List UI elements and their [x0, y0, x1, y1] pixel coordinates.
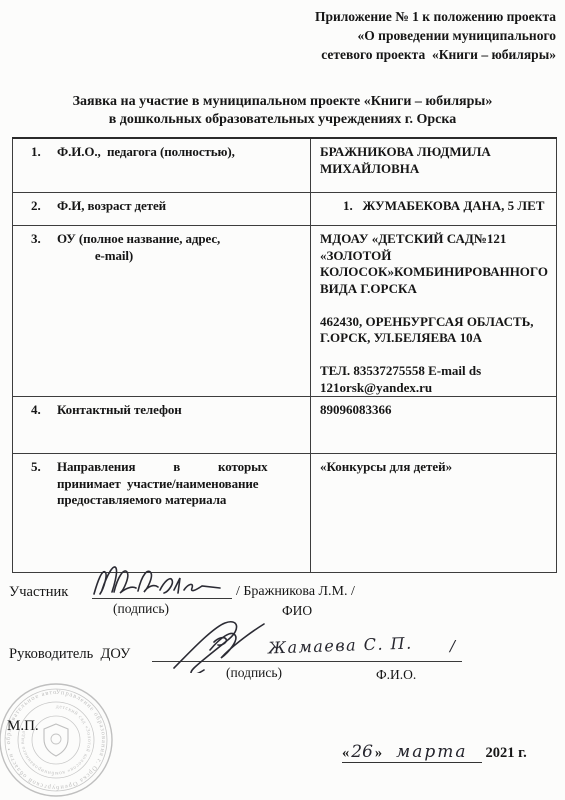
row4-number: 4. — [31, 402, 57, 419]
row1-label: Ф.И.О., педагога (полностью), — [57, 144, 235, 161]
table-row-phone: 4. Контактный телефон 89096083366 — [13, 397, 557, 454]
date-day-handwritten: 26 — [349, 742, 375, 762]
row4-label: Контактный телефон — [57, 402, 182, 419]
row5-value: «Конкурсы для детей» — [320, 459, 550, 476]
row2-number: 2. — [31, 198, 57, 215]
row1-value: БРАЖНИКОВА ЛЮДМИЛА МИХАЙЛОВНА — [320, 144, 550, 177]
head-handwritten-name: Жамаева С. П. — [268, 633, 413, 657]
header-note-line2: «О проведении муниципального — [0, 26, 556, 45]
head-signature-caption: (подпись) — [226, 665, 282, 681]
table-row-directions: 5. Направления в которых принимает участ… — [13, 454, 557, 573]
row3-value: МДОАУ «ДЕТСКИЙ САД№121 «ЗОЛОТОЙ КОЛОСОК»… — [320, 231, 550, 396]
mp-label: М.П. — [7, 718, 39, 735]
row5-number: 5. — [31, 459, 57, 509]
form-title: Заявка на участие в муниципальном проект… — [0, 93, 565, 128]
row2-value: 1. ЖУМАБЕКОВА ДАНА, 5 ЛЕТ — [343, 198, 550, 215]
head-name-caption: Ф.И.О. — [376, 667, 416, 683]
date-close-quote: » — [375, 745, 382, 761]
table-row-fio-pedagog: 1. Ф.И.О., педагога (полностью), БРАЖНИК… — [13, 138, 557, 193]
row1-number: 1. — [31, 144, 57, 161]
participant-name-caption: ФИО — [282, 603, 312, 619]
stamp-seal-icon: Управление образования г. Орска Оренбург… — [0, 680, 125, 800]
header-note-line3: сетевого проекта «Книги – юбиляры» — [0, 45, 556, 64]
row4-value: 89096083366 — [320, 402, 550, 419]
participant-signature-caption: (подпись) — [113, 601, 169, 617]
table-row-children: 2. Ф.И, возраст детей 1. ЖУМАБЕКОВА ДАНА… — [13, 193, 557, 226]
participant-label: Участник — [9, 584, 68, 601]
svg-text:детский сад «Золотой колосок»: детский сад «Золотой колосок» комбиниров… — [20, 704, 92, 777]
participant-typed-name: / Бражникова Л.М. / — [236, 584, 355, 600]
application-table: 1. Ф.И.О., педагога (полностью), БРАЖНИК… — [12, 137, 557, 573]
date-month-handwritten: марта — [382, 742, 481, 763]
head-name-suffix: / — [450, 637, 455, 655]
row3-number: 3. — [31, 231, 57, 264]
date-line: «26» марта 2021 г. — [342, 742, 527, 763]
row3-label: ОУ (полное название, адрес, e-mail) — [57, 231, 220, 264]
form-title-line2: в дошкольных образовательных учреждениях… — [0, 111, 565, 129]
head-label: Руководитель ДОУ — [9, 646, 130, 663]
date-quoted-day: «26» — [342, 742, 382, 763]
header-note-line1: Приложение № 1 к положению проекта — [0, 7, 556, 26]
form-title-line1: Заявка на участие в муниципальном проект… — [0, 93, 565, 111]
stamp-inner-ring-text: детский сад «Золотой колосок» комбиниров… — [20, 704, 92, 777]
row5-label: Направления в которых принимает участие/… — [57, 459, 268, 509]
row2-label: Ф.И, возраст детей — [57, 198, 166, 215]
scanned-application-form: Приложение № 1 к положению проекта «О пр… — [0, 0, 565, 800]
table-row-ou: 3. ОУ (полное название, адрес, e-mail) М… — [13, 226, 557, 397]
date-year: 2021 г. — [482, 745, 527, 762]
participant-signature-image — [90, 560, 240, 602]
header-note: Приложение № 1 к положению проекта «О пр… — [0, 7, 556, 64]
